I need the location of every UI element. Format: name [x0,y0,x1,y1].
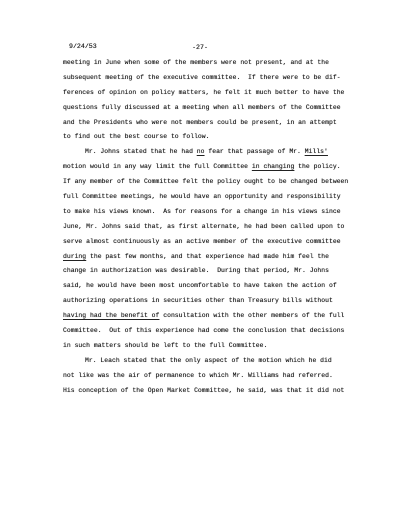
text-segment: in such matters should be left to the fu… [63,342,267,349]
text-segment: meeting in June when some of the members… [63,59,329,66]
text-line: said, he would have been most uncomforta… [63,279,368,294]
text-line: Mr. Johns stated that he had no fear tha… [63,145,368,160]
text-line: serve almost continuously as an active m… [63,235,368,250]
text-segment: the policy. [294,163,340,170]
text-segment: not like was the air of permanence to wh… [63,372,333,379]
text-segment: authorizing operations in securities oth… [63,297,333,304]
underlined-text: Mills' [305,148,328,155]
text-segment: change in authorization was desirable. D… [63,267,329,274]
text-line: and the Presidents who were not members … [63,116,368,131]
underlined-text: in changing [252,163,294,170]
text-line: Committee. Out of this experience had co… [63,324,368,339]
text-line: to find out the best course to follow. [63,130,368,145]
text-segment: Mr. Leach stated that the only aspect of… [85,357,332,364]
text-segment: motion would in any way limit the full C… [63,163,252,170]
underlined-text: no [197,148,205,155]
text-segment: subsequent meeting of the executive comm… [63,74,341,81]
document-body: meeting in June when some of the members… [63,56,368,398]
text-segment: to find out the best course to follow. [63,133,210,140]
text-segment: His conception of the Open Market Commit… [63,387,344,394]
text-segment: said, he would have been most uncomforta… [63,282,337,289]
text-segment: and the Presidents who were not members … [63,119,337,126]
text-line: having had the benefit of consultation w… [63,309,368,324]
text-segment: full Committee meetings, he would have a… [63,193,341,200]
text-line: authorizing operations in securities oth… [63,294,368,309]
text-segment: the past few months, and that experience… [86,253,329,260]
page-number: -27- [0,44,393,51]
document-page: 9/24/53 -27- meeting in June when some o… [0,0,393,512]
text-segment: to make his views known. As for reasons … [63,208,341,215]
text-line: If any member of the Committee felt the … [63,175,368,190]
page-header: 9/24/53 -27- [0,43,393,55]
text-line: subsequent meeting of the executive comm… [63,71,368,86]
text-line: during the past few months, and that exp… [63,250,368,265]
text-segment: consultation with the other members of t… [159,312,344,319]
underlined-text: having had the benefit of [63,312,159,319]
text-segment: ferences of opinion on policy matters, h… [63,89,344,96]
text-line: June, Mr. Johns said that, as first alte… [63,220,368,235]
text-line: not like was the air of permanence to wh… [63,369,368,384]
text-line: in such matters should be left to the fu… [63,339,368,354]
text-line: Mr. Leach stated that the only aspect of… [63,354,368,369]
text-segment: serve almost continuously as an active m… [63,238,341,245]
text-segment: If any member of the Committee felt the … [63,178,348,185]
text-line: questions fully discussed at a meeting w… [63,101,368,116]
text-segment: fear that passage of Mr. [205,148,305,155]
text-segment: June, Mr. Johns said that, as first alte… [63,223,344,230]
text-line: motion would in any way limit the full C… [63,160,368,175]
text-segment: questions fully discussed at a meeting w… [63,104,341,111]
text-line: full Committee meetings, he would have a… [63,190,368,205]
underlined-text: during [63,253,86,260]
text-line: meeting in June when some of the members… [63,56,368,71]
text-line: to make his views known. As for reasons … [63,205,368,220]
text-line: His conception of the Open Market Commit… [63,384,368,399]
text-segment: Committee. Out of this experience had co… [63,327,344,334]
text-line: ferences of opinion on policy matters, h… [63,86,368,101]
text-segment: Mr. Johns stated that he had [85,148,197,155]
text-line: change in authorization was desirable. D… [63,264,368,279]
